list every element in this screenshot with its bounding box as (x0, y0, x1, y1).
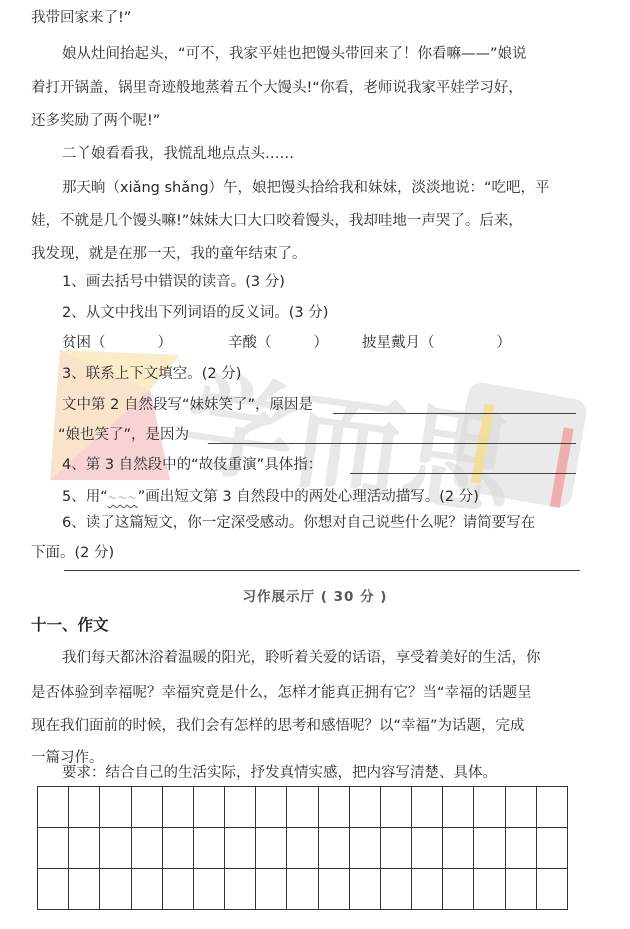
grid-cell[interactable] (505, 869, 536, 910)
question-4: 4、第 3 自然段中的“故伎重演”具体指： (62, 455, 322, 475)
grid-cell[interactable] (225, 869, 256, 910)
grid-cell[interactable] (287, 787, 318, 828)
grid-cell[interactable] (443, 787, 474, 828)
answer-line-3a[interactable] (333, 399, 576, 414)
grid-cell[interactable] (256, 828, 287, 869)
grid-cell[interactable] (256, 869, 287, 910)
antonym-word: 辛酸（ (228, 335, 272, 351)
question-1: 1、画去括号中错误的读音。(3 分) (62, 272, 285, 292)
grid-cell[interactable] (349, 787, 380, 828)
grid-cell[interactable] (443, 869, 474, 910)
grid-cell[interactable] (380, 869, 411, 910)
grid-cell[interactable] (69, 828, 100, 869)
grid-cell[interactable] (349, 869, 380, 910)
grid-cell[interactable] (38, 869, 69, 910)
story-line: 娃，不就是几个馒头嘛!”妹妹大口大口咬着馒头，我却哇地一声哭了。后来， (31, 211, 523, 231)
grid-cell[interactable] (318, 828, 349, 869)
question-5: 5、用“～～～”画出短文第 3 自然段中的两处心理活动描写。(2 分) (62, 487, 479, 509)
grid-cell[interactable] (349, 828, 380, 869)
antonym-word: 披星戴月（ (362, 335, 435, 351)
grid-cell[interactable] (287, 869, 318, 910)
question-6: 6、读了这篇短文，你一定深受感动。你想对自己说些什么呢？请简要写在 (62, 513, 535, 533)
grid-cell[interactable] (193, 787, 224, 828)
question-3a: 文中第 2 自然段写“妹妹笑了”，原因是 (62, 395, 313, 415)
grid-cell[interactable] (162, 869, 193, 910)
grid-cell[interactable] (536, 869, 567, 910)
answer-line-4[interactable] (350, 459, 576, 474)
writing-grid[interactable] (37, 786, 568, 910)
grid-cell[interactable] (38, 828, 69, 869)
grid-cell[interactable] (100, 828, 131, 869)
grid-cell[interactable] (69, 869, 100, 910)
antonym-word: 贫困（ (62, 335, 106, 351)
grid-cell[interactable] (162, 828, 193, 869)
grid-cell[interactable] (318, 869, 349, 910)
grid-cell[interactable] (443, 828, 474, 869)
story-line: 那天晌（xiǎng shǎng）午，娘把馒头拾给我和妹妹，淡淡地说：“吃吧，平 (62, 178, 550, 198)
antonym-item: 贫困（） (62, 333, 172, 353)
grid-cell[interactable] (474, 828, 505, 869)
antonym-item: 披星戴月（） (362, 333, 511, 353)
story-line: 我发现，就是在那一天，我的童年结束了。 (31, 244, 307, 264)
grid-cell[interactable] (505, 828, 536, 869)
grid-cell[interactable] (162, 787, 193, 828)
grid-cell[interactable] (474, 787, 505, 828)
grid-cell[interactable] (69, 787, 100, 828)
grid-cell[interactable] (225, 787, 256, 828)
antonym-item: 辛酸（） (228, 333, 328, 353)
grid-cell[interactable] (193, 828, 224, 869)
grid-cell[interactable] (412, 828, 443, 869)
prompt-line: 现在我们面前的时候，我们会有怎样的思考和感悟呢？以“幸福”为话题，完成 (31, 716, 525, 736)
grid-cell[interactable] (225, 828, 256, 869)
grid-cell[interactable] (131, 787, 162, 828)
grid-cell[interactable] (131, 869, 162, 910)
question-3b: “娘也笑了”，是因为 (58, 425, 189, 445)
grid-cell[interactable] (536, 787, 567, 828)
requirement: 要求：结合自己的生活实际，抒发真情实感，把内容写清楚、具体。 (62, 763, 497, 783)
grid-cell[interactable] (380, 828, 411, 869)
story-line: 着打开锅盖，锅里奇迹般地蒸着五个大馒头!“你看，老师说我家平娃学习好， (31, 78, 523, 98)
prompt-line: 是否体验到幸福呢？幸福究竟是什么，怎样才能真正拥有它？当“幸福的话题呈 (31, 683, 532, 703)
grid-cell[interactable] (380, 787, 411, 828)
wavy-line-mark: ～～～ (108, 494, 138, 504)
question-4-text: 4、第 3 自然段中的“故伎重演”具体指： (62, 457, 322, 473)
story-line: 还多奖励了两个呢!” (31, 111, 160, 131)
grid-cell[interactable] (412, 869, 443, 910)
grid-cell[interactable] (412, 787, 443, 828)
question-3b-text: “娘也笑了”，是因为 (58, 427, 189, 443)
question-6-cont: 下面。(2 分) (31, 543, 114, 563)
story-line: 二丫娘看看我，我慌乱地点点头…… (62, 144, 294, 164)
grid-cell[interactable] (100, 869, 131, 910)
grid-cell[interactable] (474, 869, 505, 910)
grid-row (38, 828, 568, 869)
section-title: 习作展示厅 ( 30 分 ) (0, 585, 630, 605)
story-line: 娘从灶间抬起头，“可不，我家平娃也把馒头带回来了！你看嘛——”娘说 (62, 44, 527, 64)
answer-line-6[interactable] (64, 570, 580, 571)
grid-cell[interactable] (256, 787, 287, 828)
question-3a-text: 文中第 2 自然段写“妹妹笑了”，原因是 (62, 397, 313, 413)
story-line: 我带回家来了!” (31, 8, 131, 28)
answer-line-3b[interactable] (208, 429, 576, 444)
composition-heading: 十一、作文 (31, 613, 109, 635)
grid-cell[interactable] (193, 869, 224, 910)
grid-row (38, 787, 568, 828)
grid-cell[interactable] (318, 787, 349, 828)
grid-cell[interactable] (38, 787, 69, 828)
grid-cell[interactable] (131, 828, 162, 869)
grid-cell[interactable] (287, 828, 318, 869)
question-3: 3、联系上下文填空。(2 分) (62, 364, 241, 384)
grid-row (38, 869, 568, 910)
grid-cell[interactable] (505, 787, 536, 828)
question-2: 2、从文中找出下列词语的反义词。(3 分) (62, 303, 328, 323)
prompt-line: 我们每天都沐浴着温暖的阳光，聆听着关爱的话语，享受着美好的生活，你 (62, 648, 541, 668)
grid-cell[interactable] (100, 787, 131, 828)
grid-cell[interactable] (536, 828, 567, 869)
